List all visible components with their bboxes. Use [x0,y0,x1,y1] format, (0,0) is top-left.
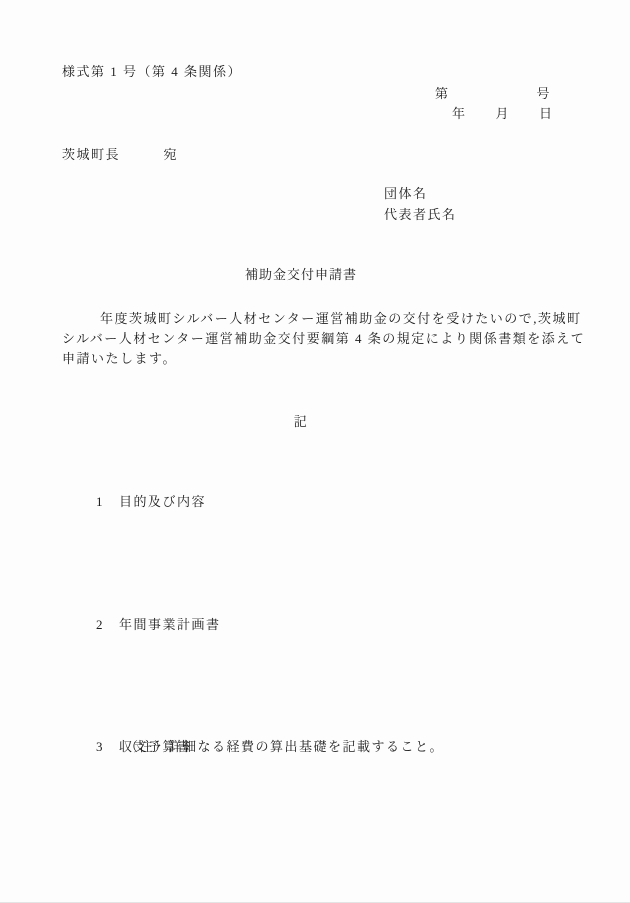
list-item-3-number: 3 [96,739,104,754]
list-item-2-label: 年間事業計画書 [119,617,221,632]
application-form-page: 様式第 1 号（第 4 条関係） 第 号 年 月 日 茨城町長 宛 団体名 代表… [0,0,630,903]
list-item-2-number: 2 [96,617,104,632]
representative-name-label: 代表者氏名 [384,205,457,225]
list-item-1-label: 目的及び内容 [119,494,206,509]
body-paragraph-line-1: 年度茨城町シルバー人材センター運営補助金の交付を受けたいので,茨城町 [100,309,582,329]
list-item-3-note: （注）詳細なる経費の算出基礎を記載すること。 [125,737,444,757]
date-blank-line: 年 月 日 [452,104,554,124]
list-item-1-number: 1 [96,494,104,509]
document-number-blank-line: 第 号 [435,84,551,104]
list-item-1: 1目的及び内容 [77,472,206,532]
body-paragraph-line-3: 申請いたします。 [62,349,177,369]
organization-name-label: 団体名 [384,184,428,204]
form-number-label: 様式第 1 号（第 4 条関係） [62,62,242,82]
list-item-2: 2年間事業計画書 [77,595,221,655]
document-title: 補助金交付申請書 [62,265,540,285]
addressee-line: 茨城町長 宛 [62,145,178,165]
list-marker-ki: 記 [62,412,540,432]
body-paragraph-line-2: シルバー人材センター運営補助金交付要綱第 4 条の規定により関係書類を添えて [62,329,585,349]
